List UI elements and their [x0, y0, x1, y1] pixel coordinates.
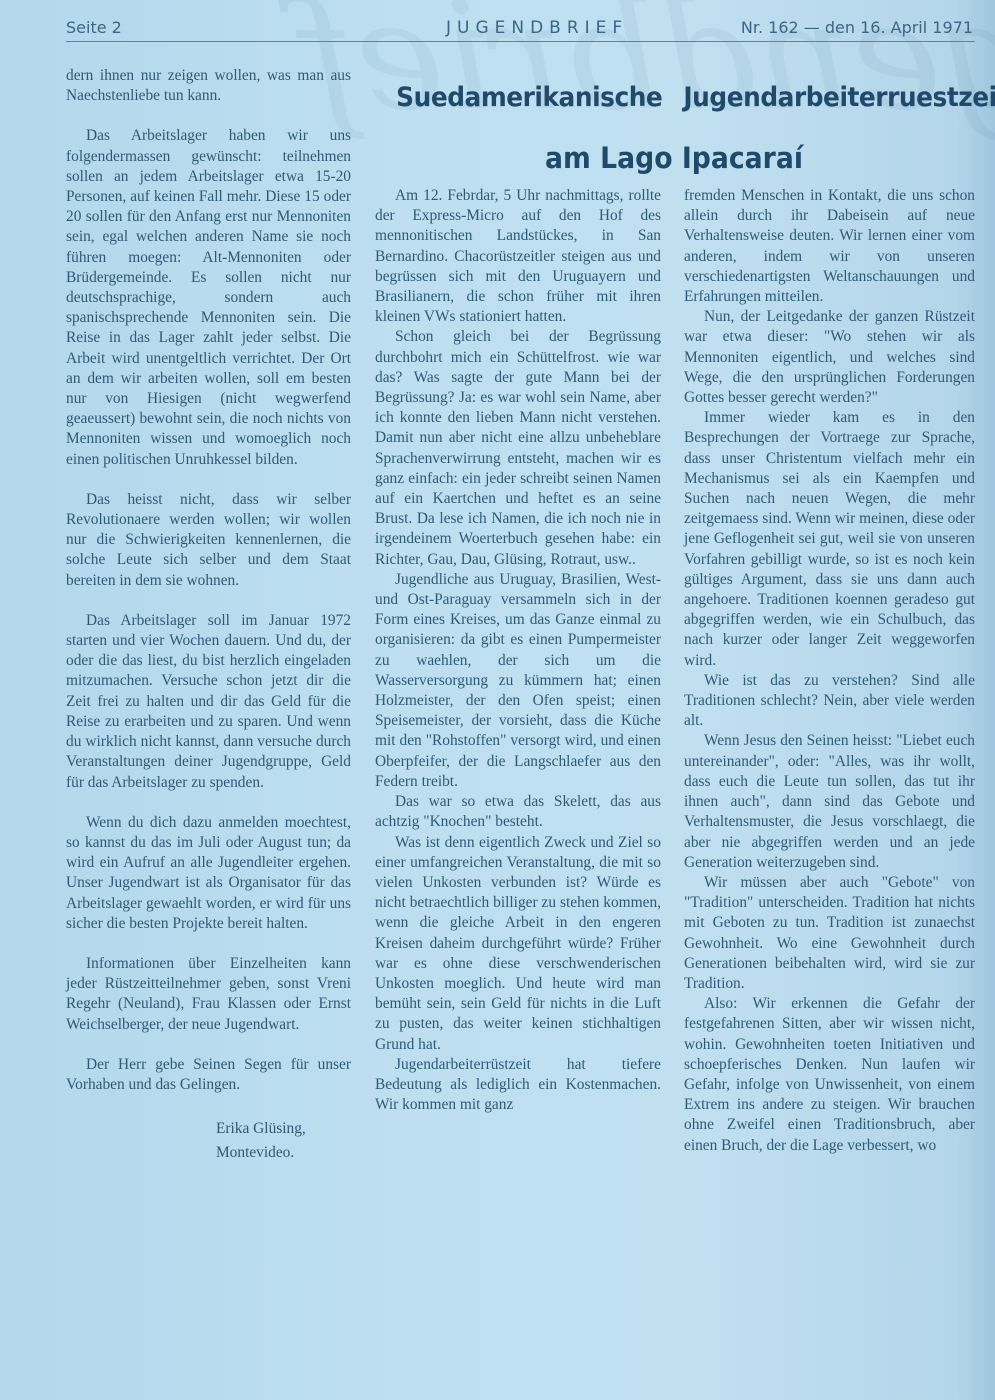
header-rule [66, 41, 975, 42]
paragraph: Schon gleich bei der Begrüssung durchboh… [375, 327, 661, 569]
publication-name: JUGENDBRIEF [446, 18, 628, 38]
title-line-2: am Lago Ipacaraí [396, 128, 952, 188]
paragraph: Am 12. Febrdar, 5 Uhr nachmittags, rollt… [375, 186, 661, 327]
left-column: dern ihnen nur zeigen wollen, was man au… [66, 66, 351, 1165]
paragraph: Das heisst nicht, dass wir selber Revolu… [66, 490, 351, 591]
author-signature: Erika Glüsing, Montevideo. [66, 1117, 351, 1165]
paragraph: Das Arbeitslager haben wir uns folgender… [66, 126, 351, 469]
paragraph: Das war so etwa das Skelett, das aus ach… [375, 792, 661, 832]
author-location: Montevideo. [216, 1141, 351, 1165]
paragraph: dern ihnen nur zeigen wollen, was man au… [66, 66, 351, 106]
paragraph: Also: Wir erkennen die Gefahr der festge… [684, 994, 975, 1156]
paragraph: Jugendarbeiterrüstzeit hat tiefere Bedeu… [375, 1055, 661, 1116]
paragraph: Das Arbeitslager soll im Januar 1972 sta… [66, 611, 351, 793]
title-line-1: Suedamerikanische Jugendarbeiterruestzei… [396, 68, 952, 128]
right-column: fremden Menschen in Kontakt, die uns sch… [684, 186, 975, 1156]
paragraph: Der Herr gebe Seinen Segen für unser Vor… [66, 1055, 351, 1095]
newsletter-page: Jugendbrief Seite 2 JUGENDBRIEF Nr. 162 … [0, 0, 995, 1400]
page-number: Seite 2 [66, 18, 122, 37]
article-title: Suedamerikanische Jugendarbeiterruestzei… [372, 68, 976, 188]
issue-date: Nr. 162 — den 16. April 1971 [741, 18, 973, 37]
paragraph: Nun, der Leitgedanke der ganzen Rüstzeit… [684, 307, 975, 408]
paragraph: Jugendliche aus Uruguay, Brasilien, West… [375, 570, 661, 792]
paragraph: Wir müssen aber auch "Gebote" von "Tradi… [684, 873, 975, 994]
paragraph: Informationen über Einzelheiten kann jed… [66, 954, 351, 1035]
middle-column: Am 12. Febrdar, 5 Uhr nachmittags, rollt… [375, 186, 661, 1115]
paragraph: Was ist denn eigentlich Zweck und Ziel s… [375, 833, 661, 1055]
paragraph: Wenn du dich dazu anmelden moechtest, so… [66, 813, 351, 934]
paragraph: Wie ist das zu verstehen? Sind alle Trad… [684, 671, 975, 732]
paragraph: Wenn Jesus den Seinen heisst: "Liebet eu… [684, 731, 975, 872]
author-name: Erika Glüsing, [216, 1117, 351, 1141]
paragraph: fremden Menschen in Kontakt, die uns sch… [684, 186, 975, 307]
running-header: Seite 2 JUGENDBRIEF Nr. 162 — den 16. Ap… [66, 12, 973, 42]
paragraph: Immer wieder kam es in den Besprechungen… [684, 408, 975, 671]
